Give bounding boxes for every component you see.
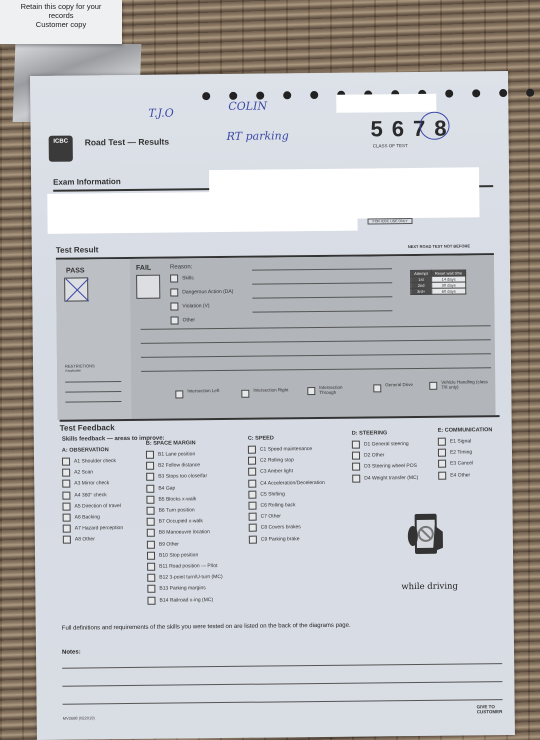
feedback-checkbox[interactable] bbox=[62, 491, 70, 499]
feedback-checkbox[interactable] bbox=[147, 507, 155, 515]
reason-line[interactable] bbox=[252, 282, 392, 284]
feedback-checkbox[interactable] bbox=[352, 441, 360, 449]
feedback-item-label: B11 Road position — P/lot bbox=[159, 563, 217, 570]
feedback-item: A4 360° check bbox=[62, 491, 106, 499]
feedback-checkbox[interactable] bbox=[146, 473, 154, 481]
next-road-test-table: Attempt Reset wait time 1st 14 days 2nd … bbox=[410, 269, 466, 295]
feedback-item-label: B7 Occupied x-walk bbox=[159, 518, 203, 524]
maneuver-intersection-left-label: Intersection Left bbox=[187, 388, 227, 393]
feedback-group-title: B: SPACE MARGIN bbox=[146, 440, 196, 447]
feedback-checkbox[interactable] bbox=[146, 496, 154, 504]
feedback-checkbox[interactable] bbox=[248, 490, 256, 498]
feedback-item-label: E2 Timing bbox=[450, 450, 472, 456]
feedback-checkbox[interactable] bbox=[62, 502, 70, 510]
maneuver-vehicle-handling-label: Vehicle Handling (class 7/8 only) bbox=[441, 379, 493, 390]
fail-checkbox[interactable] bbox=[136, 275, 160, 299]
class-selected-circle bbox=[419, 112, 449, 140]
feedback-item: B13 Parking margins bbox=[147, 585, 206, 594]
feedback-item: A1 Shoulder check bbox=[62, 457, 116, 466]
feedback-item: B3 Stops too close/far bbox=[146, 473, 207, 482]
maneuver-intersection-through-label: Intersection Through bbox=[319, 385, 359, 395]
feedback-checkbox[interactable] bbox=[248, 446, 256, 454]
feedback-item-label: A7 Hazard perception bbox=[75, 525, 123, 532]
redacted-field bbox=[336, 94, 436, 113]
feedback-checkbox[interactable] bbox=[147, 585, 155, 593]
test-result-title: Test Result bbox=[56, 245, 99, 254]
feedback-item-label: C4 Acceleration/Deceleration bbox=[260, 480, 325, 487]
feedback-checkbox[interactable] bbox=[248, 457, 256, 465]
feedback-item: A5 Direction of travel bbox=[62, 502, 121, 511]
feedback-item: D1 General steering bbox=[352, 440, 409, 449]
feedback-item-label: B2 Follow distance bbox=[158, 462, 200, 468]
feedback-checkbox[interactable] bbox=[146, 462, 154, 470]
feedback-group-title: A: OBSERVATION bbox=[62, 447, 109, 453]
class-option: 6 bbox=[392, 116, 414, 141]
feedback-item: A8 Other bbox=[63, 536, 95, 544]
feedback-group-title: E: COMMUNICATION bbox=[438, 427, 493, 434]
feedback-item-label: D2 Other bbox=[364, 452, 384, 458]
feedback-item-label: C8 Covers brakes bbox=[261, 525, 301, 531]
feedback-item: B2 Follow distance bbox=[146, 461, 200, 470]
class-option: 5 bbox=[370, 116, 392, 141]
maneuver-general-drive-label: General Drive bbox=[385, 382, 415, 387]
feedback-item: B6 Turn position bbox=[147, 506, 195, 515]
feedback-checkbox[interactable] bbox=[248, 468, 256, 476]
feedback-checkbox[interactable] bbox=[249, 524, 257, 532]
feedback-item-label: B12 3-point turn/U-turn (MC) bbox=[159, 574, 222, 581]
feedback-checkbox[interactable] bbox=[352, 452, 360, 460]
feedback-item: C7 Other bbox=[249, 513, 281, 521]
maneuver-intersection-right-checkbox[interactable] bbox=[241, 390, 249, 398]
feedback-item: B10 Stop position bbox=[147, 551, 198, 560]
notes-line[interactable] bbox=[62, 681, 502, 686]
feedback-item: A6 Backing bbox=[63, 513, 100, 521]
document-title: Road Test — Results bbox=[85, 137, 169, 148]
feedback-item: D2 Other bbox=[352, 451, 384, 459]
feedback-item-label: C1 Speed maintenance bbox=[260, 446, 312, 453]
reason-violation-label: Violation (V) bbox=[182, 303, 209, 309]
table-row: 3rd+ 60 days bbox=[411, 288, 466, 295]
feedback-item: A2 Scan bbox=[62, 469, 93, 477]
maneuver-intersection-right-label: Intersection Right bbox=[253, 387, 293, 392]
feedback-checkbox[interactable] bbox=[352, 474, 360, 482]
feedback-item-label: B14 Railroad x-ing (MC) bbox=[159, 597, 213, 604]
feedback-item-label: A5 Direction of travel bbox=[74, 503, 120, 509]
table-header: Reset wait time bbox=[431, 270, 465, 276]
feedback-item: A7 Hazard perception bbox=[63, 524, 123, 533]
for-icbc-use-only-label: FOR ICBC USE ONLY bbox=[368, 218, 413, 224]
feedback-item: C4 Acceleration/Deceleration bbox=[248, 479, 325, 488]
feedback-checkbox[interactable] bbox=[147, 596, 155, 604]
feedback-item: B1 Lane position bbox=[146, 450, 195, 459]
feedback-item-label: D1 General steering bbox=[364, 441, 409, 447]
give-to-customer-label: GIVE TO CUSTOMER bbox=[477, 704, 515, 714]
feedback-item: E4 Other bbox=[438, 471, 470, 479]
feedback-item: D3 Steering wheel POS bbox=[352, 462, 417, 471]
feedback-checkbox[interactable] bbox=[438, 438, 446, 446]
feedback-item-label: A2 Scan bbox=[74, 470, 93, 476]
form-number: MV2688 (022019) bbox=[63, 715, 95, 720]
customer-copy-slip: Retain this copy for your records Custom… bbox=[0, 0, 122, 44]
reason-skills-label: Skills bbox=[182, 275, 194, 281]
feedback-checkbox[interactable] bbox=[248, 479, 256, 487]
feedback-checkbox[interactable] bbox=[147, 529, 155, 537]
pass-label: PASS bbox=[66, 267, 85, 274]
feedback-item-label: C9 Parking brake bbox=[261, 536, 300, 542]
feedback-checkbox[interactable] bbox=[62, 458, 70, 466]
test-feedback-title: Test Feedback bbox=[60, 423, 115, 433]
feedback-checkbox[interactable] bbox=[62, 480, 70, 488]
feedback-checkbox[interactable] bbox=[146, 451, 154, 459]
feedback-item-label: B8 Manoeuvre location bbox=[159, 530, 210, 537]
feedback-item-label: B13 Parking margins bbox=[159, 586, 205, 592]
feedback-checkbox[interactable] bbox=[147, 552, 155, 560]
feedback-checkbox[interactable] bbox=[147, 540, 155, 548]
feedback-item-label: A8 Other bbox=[75, 537, 95, 543]
reason-dangerous-action-checkbox[interactable] bbox=[170, 288, 178, 296]
feedback-item: B12 3-point turn/U-turn (MC) bbox=[147, 573, 222, 582]
reason-line[interactable] bbox=[141, 325, 491, 329]
handwritten-name: COLIN bbox=[228, 100, 267, 113]
exam-information-title: Exam Information bbox=[53, 177, 121, 187]
feedback-item-label: B10 Stop position bbox=[159, 552, 198, 558]
feedback-item: E1 Signal bbox=[438, 437, 471, 445]
feedback-item-label: E1 Signal bbox=[450, 438, 471, 444]
slip-line: records bbox=[0, 11, 122, 20]
feedback-item-label: C6 Rolling back bbox=[260, 502, 295, 508]
reason-violation-checkbox[interactable] bbox=[170, 302, 178, 310]
reason-other-checkbox[interactable] bbox=[171, 316, 179, 324]
reason-line[interactable] bbox=[252, 310, 392, 312]
pass-checkbox[interactable] bbox=[64, 277, 88, 301]
restrictions-sublabel: if applicable bbox=[65, 368, 81, 372]
maneuver-vehicle-handling-checkbox[interactable] bbox=[429, 382, 437, 390]
feedback-item: A3 Mirror check bbox=[62, 480, 109, 488]
feedback-checkbox[interactable] bbox=[63, 525, 71, 533]
maneuver-intersection-left-checkbox[interactable] bbox=[175, 390, 183, 398]
feedback-item: C1 Speed maintenance bbox=[248, 445, 312, 454]
next-test-label: NEXT ROAD TEST NOT BEFORE bbox=[408, 243, 470, 249]
reason-line[interactable] bbox=[252, 296, 392, 298]
feedback-checkbox[interactable] bbox=[62, 469, 70, 477]
feedback-checkbox[interactable] bbox=[249, 513, 257, 521]
feedback-item-label: E3 Cancel bbox=[450, 461, 473, 467]
no-phone-icon bbox=[403, 512, 452, 561]
maneuver-intersection-through-checkbox[interactable] bbox=[307, 387, 315, 395]
reason-label: Reason: bbox=[170, 264, 192, 270]
feedback-item: C5 Shifting bbox=[248, 490, 285, 498]
reason-skills-checkbox[interactable] bbox=[170, 274, 178, 282]
feedback-item: E2 Timing bbox=[438, 449, 472, 457]
feedback-item-label: C7 Other bbox=[261, 514, 281, 520]
feedback-checkbox[interactable] bbox=[352, 463, 360, 471]
reason-other-label: Other bbox=[183, 317, 196, 323]
road-test-results-form: T.J.O COLIN RT parking ICBC Road Test — … bbox=[30, 71, 515, 740]
notes-label: Notes: bbox=[62, 650, 81, 656]
feedback-item-label: D4 Weight transfer (MC) bbox=[364, 475, 418, 482]
feedback-item: C6 Rolling back bbox=[248, 501, 295, 509]
fail-label: FAIL bbox=[136, 265, 151, 272]
feedback-item-label: A6 Backing bbox=[75, 514, 100, 520]
feedback-item: B5 Blocks x-walk bbox=[146, 495, 196, 504]
feedback-checkbox[interactable] bbox=[63, 536, 71, 544]
feedback-item-label: B9 Other bbox=[159, 541, 179, 547]
feedback-item: B8 Manoeuvre location bbox=[147, 529, 210, 538]
feedback-checkbox[interactable] bbox=[147, 563, 155, 571]
handwritten-initials: T.J.O bbox=[148, 106, 173, 119]
feedback-item-label: C3 Amber light bbox=[260, 469, 293, 475]
feedback-item-label: E4 Other bbox=[450, 472, 470, 478]
feedback-checkbox[interactable] bbox=[248, 502, 256, 510]
feedback-checkbox[interactable] bbox=[147, 574, 155, 582]
class-of-test-label: CLASS OF TEST bbox=[373, 143, 408, 148]
feedback-item-label: A1 Shoulder check bbox=[74, 458, 116, 464]
feedback-item: C8 Covers brakes bbox=[249, 524, 301, 533]
feedback-item-label: B5 Blocks x-walk bbox=[158, 496, 196, 502]
reason-line[interactable] bbox=[141, 353, 491, 357]
reason-line[interactable] bbox=[141, 339, 491, 343]
feedback-item: C9 Parking brake bbox=[249, 535, 300, 544]
slip-line: Retain this copy for your bbox=[0, 2, 122, 11]
feedback-item: C2 Rolling stop bbox=[248, 456, 294, 464]
feedback-item-label: B3 Stops too close/far bbox=[158, 474, 207, 481]
notes-line[interactable] bbox=[63, 699, 503, 704]
feedback-item: B9 Other bbox=[147, 540, 179, 548]
redacted-field bbox=[47, 191, 357, 234]
slip-line: Customer copy bbox=[0, 20, 122, 29]
maneuver-general-drive-checkbox[interactable] bbox=[373, 384, 381, 392]
feedback-item: E3 Cancel bbox=[438, 460, 473, 468]
feedback-item-label: B4 Gap bbox=[158, 485, 175, 491]
feedback-checkbox[interactable] bbox=[438, 471, 446, 479]
feedback-checkbox[interactable] bbox=[147, 518, 155, 526]
feedback-checkbox[interactable] bbox=[146, 484, 154, 492]
notes-line[interactable] bbox=[62, 663, 502, 668]
feedback-group-title: D: STEERING bbox=[352, 430, 388, 436]
feedback-item-label: B1 Lane position bbox=[158, 451, 195, 457]
feedback-checkbox[interactable] bbox=[63, 514, 71, 522]
feedback-checkbox[interactable] bbox=[249, 535, 257, 543]
feedback-item: C3 Amber light bbox=[248, 468, 293, 476]
definitions-footnote: Full definitions and requirements of the… bbox=[62, 623, 351, 632]
icbc-logo: ICBC bbox=[49, 136, 73, 162]
reason-dangerous-action-label: Dangerous Action (DA) bbox=[182, 289, 233, 296]
feedback-item-label: D3 Steering wheel POS bbox=[364, 463, 417, 470]
feedback-group-title: C: SPEED bbox=[248, 435, 274, 441]
phone-caption: while driving bbox=[401, 582, 458, 593]
reason-line[interactable] bbox=[252, 268, 392, 270]
feedback-item: D4 Weight transfer (MC) bbox=[352, 474, 418, 483]
feedback-item: B4 Gap bbox=[146, 484, 175, 492]
reason-line[interactable] bbox=[141, 367, 491, 371]
feedback-item: B14 Railroad x-ing (MC) bbox=[147, 596, 213, 605]
feedback-checkbox[interactable] bbox=[438, 460, 446, 468]
feedback-item-label: C5 Shifting bbox=[260, 491, 285, 497]
test-result-panel: PASS FAIL Reason: Skills Dangerous Actio… bbox=[56, 255, 496, 420]
feedback-item-label: A4 360° check bbox=[74, 492, 106, 498]
feedback-item-label: C2 Rolling stop bbox=[260, 457, 294, 463]
feedback-item-label: B6 Turn position bbox=[159, 507, 195, 513]
feedback-item-label: A3 Mirror check bbox=[74, 481, 109, 487]
handwritten-note: RT parking bbox=[227, 129, 289, 143]
feedback-item: B7 Occupied x-walk bbox=[147, 517, 203, 526]
feedback-checkbox[interactable] bbox=[438, 449, 446, 457]
feedback-item: B11 Road position — P/lot bbox=[147, 562, 217, 571]
